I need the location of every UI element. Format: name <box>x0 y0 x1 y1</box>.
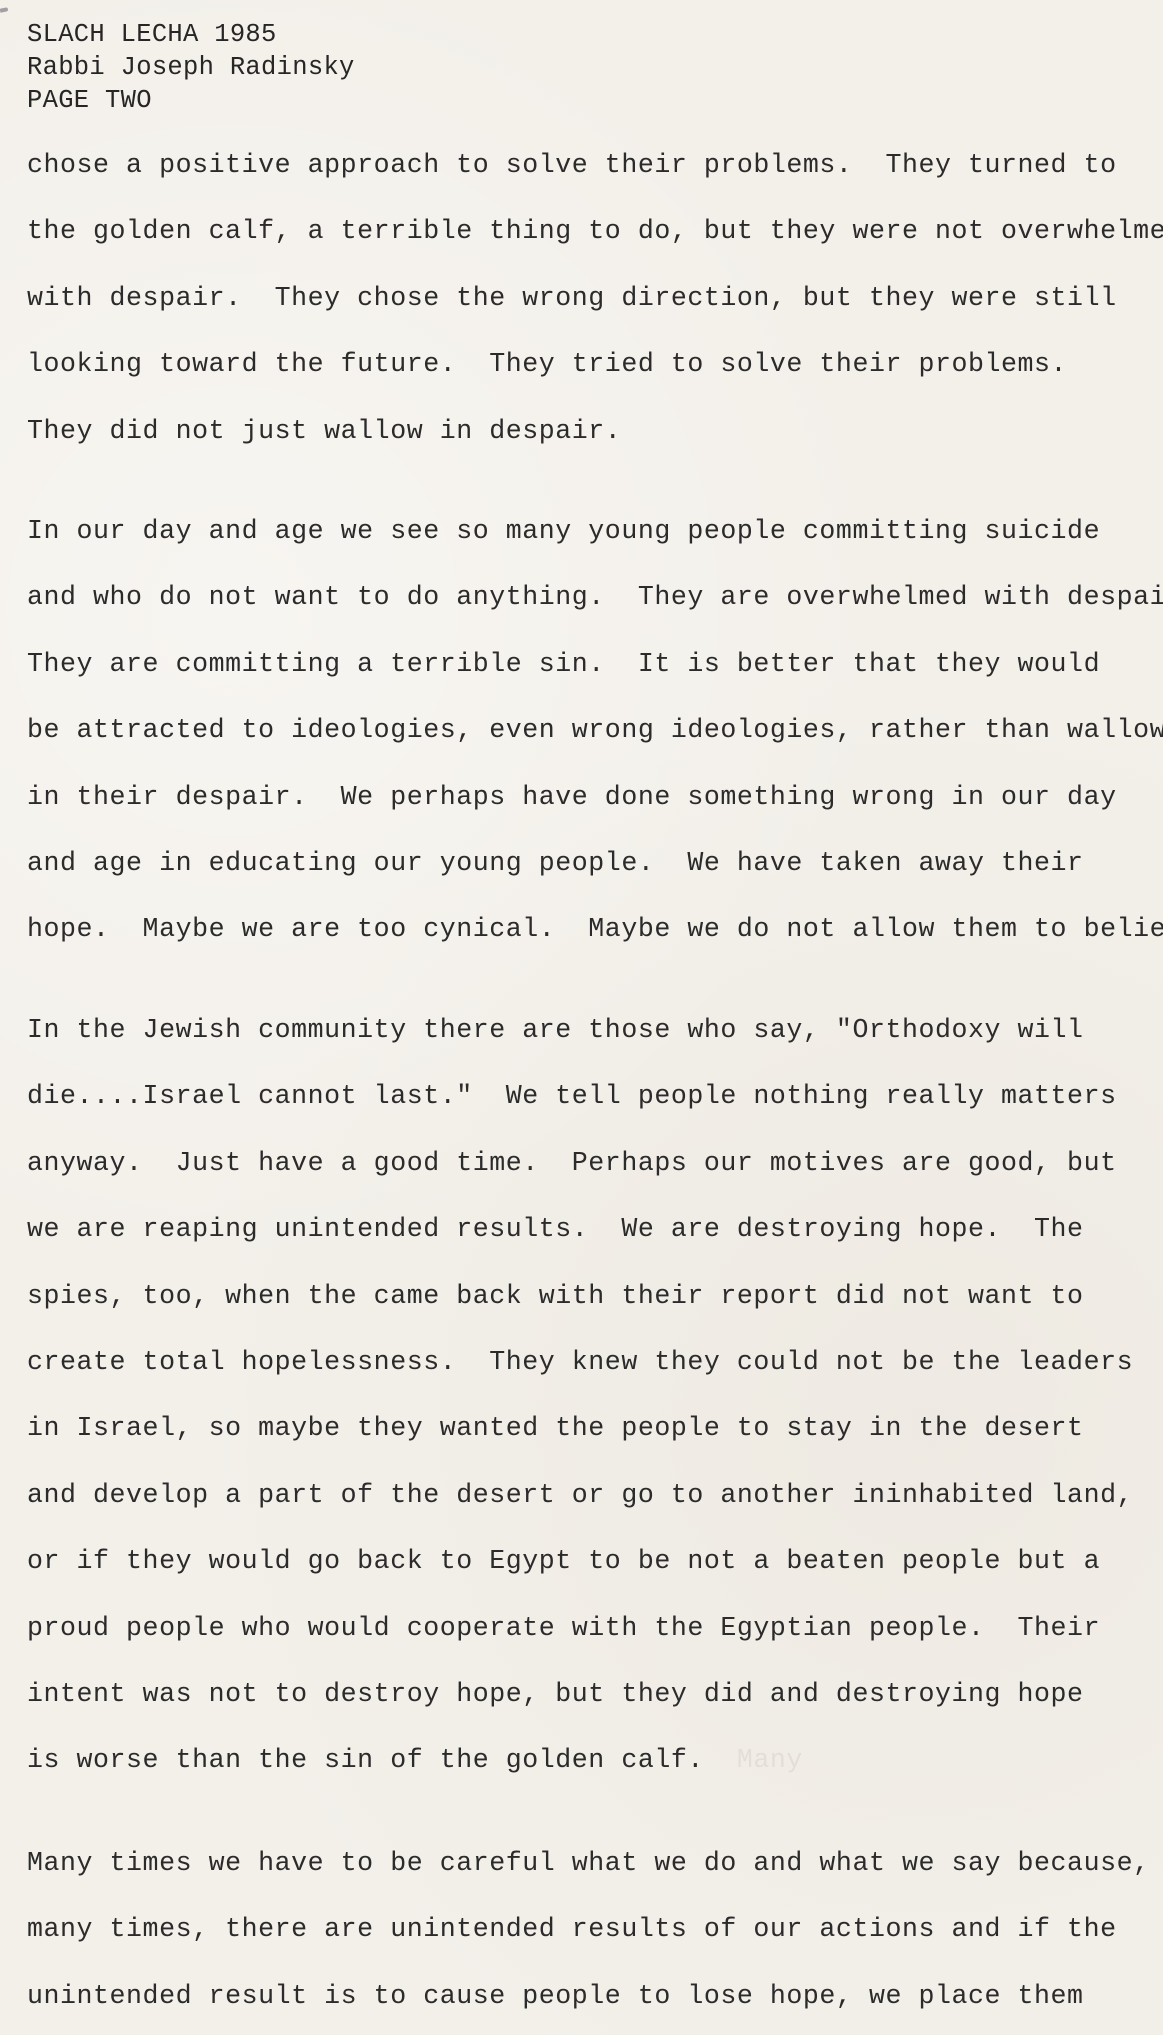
text-line: They are committing a terrible sin. It i… <box>27 647 1100 681</box>
text-line: Many times we have to be careful what we… <box>27 1846 1150 1880</box>
text-line: we are reaping unintended results. We ar… <box>27 1212 1084 1246</box>
text-line: many times, there are unintended results… <box>27 1912 1117 1946</box>
text-line: in their despair. We perhaps have done s… <box>27 780 1117 814</box>
text-line: die....Israel cannot last." We tell peop… <box>27 1079 1117 1113</box>
text-line: and age in educating our young people. W… <box>27 846 1084 880</box>
text-line: and who do not want to do anything. They… <box>27 580 1163 614</box>
text-line: is worse than the sin of the golden calf… <box>27 1743 803 1777</box>
sermon-title: SLACH LECHA 1985 <box>27 18 277 51</box>
document-page: SLACH LECHA 1985Rabbi Joseph RadinskyPAG… <box>0 0 1163 2035</box>
text-line: in Israel, so maybe they wanted the peop… <box>27 1411 1084 1445</box>
text-line: They did not just wallow in despair. <box>27 414 621 448</box>
whited-out-text: Many <box>704 1745 803 1775</box>
text-line: spies, too, when the came back with thei… <box>27 1279 1084 1313</box>
text-line: anyway. Just have a good time. Perhaps o… <box>27 1146 1117 1180</box>
pen-mark <box>0 7 8 13</box>
text-line: In our day and age we see so many young … <box>27 514 1100 548</box>
text-line: create total hopelessness. They knew the… <box>27 1345 1133 1379</box>
text-line: In the Jewish community there are those … <box>27 1013 1084 1047</box>
text-line: intent was not to destroy hope, but they… <box>27 1677 1084 1711</box>
text-line: unintended result is to cause people to … <box>27 1979 1084 2013</box>
author-name: Rabbi Joseph Radinsky <box>27 51 355 84</box>
text-line: proud people who would cooperate with th… <box>27 1611 1100 1645</box>
text-line: or if they would go back to Egypt to be … <box>27 1544 1100 1578</box>
text-line: and develop a part of the desert or go t… <box>27 1478 1133 1512</box>
text-line: chose a positive approach to solve their… <box>27 148 1117 182</box>
text-line: looking toward the future. They tried to… <box>27 347 1067 381</box>
text-line: hope. Maybe we are too cynical. Maybe we… <box>27 912 1163 946</box>
text-line: be attracted to ideologies, even wrong i… <box>27 713 1163 747</box>
text-line: with despair. They chose the wrong direc… <box>27 281 1117 315</box>
page-label: PAGE TWO <box>27 84 152 117</box>
text-line: the golden calf, a terrible thing to do,… <box>27 214 1163 248</box>
